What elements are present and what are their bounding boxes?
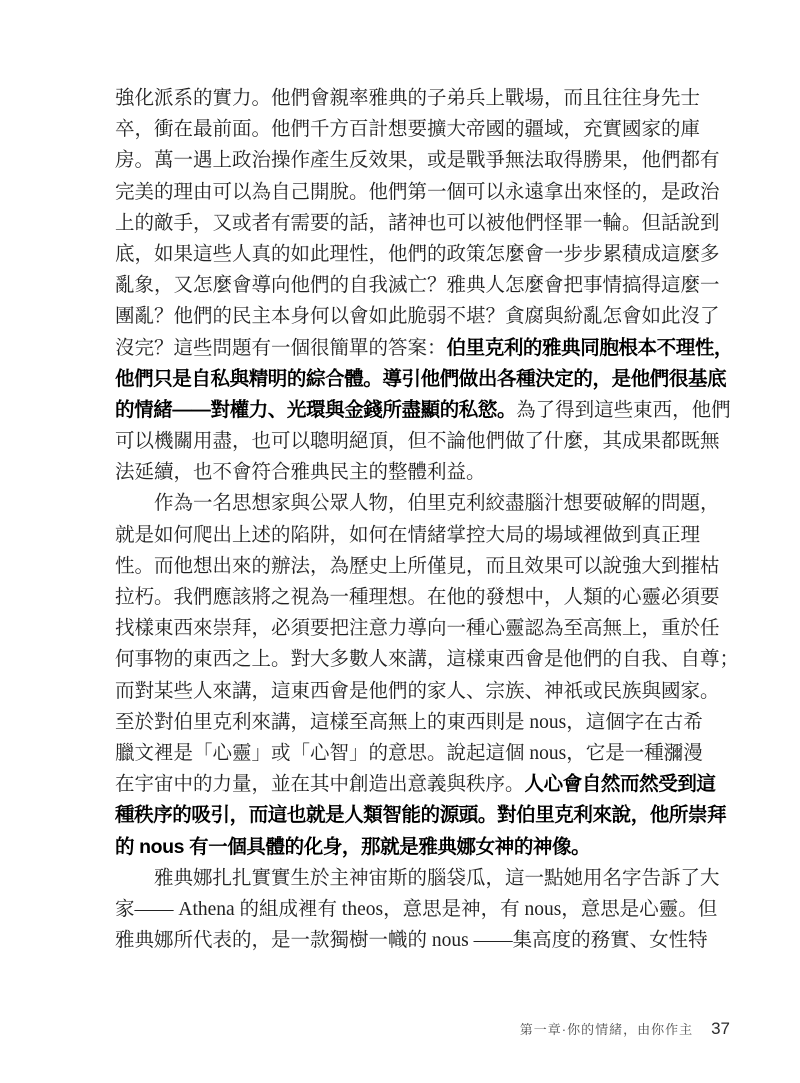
body-text-run: 找樣東西來崇拜，必須要把注意力導向一種心靈認為至高無上，重於任 xyxy=(115,618,720,639)
body-text-run: 房。萬一遇上政治操作產生反效果，或是戰爭無法取得勝果，他們都有 xyxy=(115,150,720,171)
text-line: 家—— Athena 的組成裡有 theos，意思是神，有 nous，意思是心靈… xyxy=(115,894,705,925)
body-text-run: 在宇宙中的力量，並在其中創造出意義與秩序。 xyxy=(115,774,525,795)
page-number: 37 xyxy=(711,1019,730,1039)
body-text-run: 卒，衝在最前面。他們千方百計想要擴大帝國的疆域，充實國家的庫 xyxy=(115,119,700,140)
page-footer: 第一章·你的情緒，由你作主 37 xyxy=(520,1019,730,1039)
emphasis-text-run: 伯里克利的雅典同胞根本不理性， xyxy=(447,337,734,359)
text-line: 臘文裡是「心靈」或「心智」的意思。說起這個 nous，它是一種瀰漫 xyxy=(115,738,705,769)
text-block: 強化派系的實力。他們會親率雅典的子弟兵上戰場，而且往往身先士卒，衝在最前面。他們… xyxy=(115,83,705,956)
text-line: 拉朽。我們應該將之視為一種理想。在他的發想中，人類的心靈必須要 xyxy=(115,582,705,613)
emphasis-text-run: 他們只是自私與精明的綜合體。導引他們做出各種決定的，是他們很基底 xyxy=(115,368,726,390)
body-text-run: 至於對伯里克利來講，這樣至高無上的東西則是 nous，這個字在古希 xyxy=(115,712,703,733)
body-text-run: 何事物的東西之上。對大多數人來講，這樣東西會是他們的自我、自尊； xyxy=(115,649,739,670)
emphasis-text-run: 人心會自然而然受到這 xyxy=(525,773,716,795)
body-text-run: 可以機關用盡，也可以聰明絕頂，但不論他們做了什麼，其成果都既無 xyxy=(115,431,720,452)
text-line: 法延續，也不會符合雅典民主的整體利益。 xyxy=(115,457,705,488)
text-line: 房。萬一遇上政治操作產生反效果，或是戰爭無法取得勝果，他們都有 xyxy=(115,145,705,176)
body-text-run: 拉朽。我們應該將之視為一種理想。在他的發想中，人類的心靈必須要 xyxy=(115,587,720,608)
body-text-run: 雅典娜所代表的，是一款獨樹一幟的 nous ——集高度的務實、女性特 xyxy=(115,930,708,951)
text-line: 沒完？這些問題有一個很簡單的答案：伯里克利的雅典同胞根本不理性， xyxy=(115,333,705,364)
body-text-run: 底，如果這些人真的如此理性，他們的政策怎麼會一步步累積成這麼多 xyxy=(115,244,720,265)
body-text-run: 臘文裡是「心靈」或「心智」的意思。說起這個 nous，它是一種瀰漫 xyxy=(115,743,703,764)
text-line: 性。而他想出來的辦法，為歷史上所僅見，而且效果可以說強大到摧枯 xyxy=(115,551,705,582)
body-text-run: 家—— Athena 的組成裡有 theos，意思是神，有 nous，意思是心靈… xyxy=(115,899,717,920)
body-text-run: 亂象，又怎麼會導向他們的自我滅亡？雅典人怎麼會把事情搞得這麼一 xyxy=(115,275,720,296)
text-line: 卒，衝在最前面。他們千方百計想要擴大帝國的疆域，充實國家的庫 xyxy=(115,114,705,145)
body-text-run: 完美的理由可以為自己開脫。他們第一個可以永遠拿出來怪的，是政治 xyxy=(115,182,720,203)
text-line: 亂象，又怎麼會導向他們的自我滅亡？雅典人怎麼會把事情搞得這麼一 xyxy=(115,270,705,301)
text-line: 雅典娜扎扎實實生於主神宙斯的腦袋瓜，這一點她用名字告訴了大 xyxy=(115,863,705,894)
text-line: 至於對伯里克利來講，這樣至高無上的東西則是 nous，這個字在古希 xyxy=(115,707,705,738)
text-line: 強化派系的實力。他們會親率雅典的子弟兵上戰場，而且往往身先士 xyxy=(115,83,705,114)
text-line: 可以機關用盡，也可以聰明絕頂，但不論他們做了什麼，其成果都既無 xyxy=(115,426,705,457)
body-text-run: 性。而他想出來的辦法，為歷史上所僅見，而且效果可以說強大到摧枯 xyxy=(115,556,720,577)
text-line: 而對某些人來講，這東西會是他們的家人、宗族、神祇或民族與國家。 xyxy=(115,676,705,707)
emphasis-text-run: 的 nous 有一個具體的化身，那就是雅典娜女神的神像。 xyxy=(115,836,590,858)
body-text-run: 強化派系的實力。他們會親率雅典的子弟兵上戰場，而且往往身先士 xyxy=(115,88,700,109)
text-line: 雅典娜所代表的，是一款獨樹一幟的 nous ——集高度的務實、女性特 xyxy=(115,925,705,956)
body-text-run: 上的敵手，又或者有需要的話，諸神也可以被他們怪罪一輪。但話說到 xyxy=(115,213,720,234)
body-text-run: 就是如何爬出上述的陷阱，如何在情緒掌控大局的場域裡做到真正理 xyxy=(115,525,700,546)
emphasis-text-run: 種秩序的吸引，而這也就是人類智能的源頭。對伯里克利來說，他所崇拜 xyxy=(115,804,726,826)
emphasis-text-run: 的情緒——對權力、光環與金錢所盡顯的私慾。 xyxy=(115,399,516,421)
text-line: 找樣東西來崇拜，必須要把注意力導向一種心靈認為至高無上，重於任 xyxy=(115,613,705,644)
text-line: 的 nous 有一個具體的化身，那就是雅典娜女神的神像。 xyxy=(115,832,705,863)
text-line: 底，如果這些人真的如此理性，他們的政策怎麼會一步步累積成這麼多 xyxy=(115,239,705,270)
body-text-run: 沒完？這些問題有一個很簡單的答案： xyxy=(115,338,447,359)
text-line: 他們只是自私與精明的綜合體。導引他們做出各種決定的，是他們很基底 xyxy=(115,364,705,395)
body-text-run: 為了得到這些東西，他們 xyxy=(516,400,731,421)
running-footer-chapter-title: 第一章·你的情緒，由你作主 xyxy=(520,1019,693,1038)
text-line: 作為一名思想家與公眾人物，伯里克利絞盡腦汁想要破解的問題， xyxy=(115,488,705,519)
text-line: 完美的理由可以為自己開脫。他們第一個可以永遠拿出來怪的，是政治 xyxy=(115,177,705,208)
text-line: 種秩序的吸引，而這也就是人類智能的源頭。對伯里克利來說，他所崇拜 xyxy=(115,800,705,831)
body-text-run: 作為一名思想家與公眾人物，伯里克利絞盡腦汁想要破解的問題， xyxy=(154,493,720,514)
text-line: 上的敵手，又或者有需要的話，諸神也可以被他們怪罪一輪。但話說到 xyxy=(115,208,705,239)
text-line: 就是如何爬出上述的陷阱，如何在情緒掌控大局的場域裡做到真正理 xyxy=(115,520,705,551)
body-text-run: 法延續，也不會符合雅典民主的整體利益。 xyxy=(115,462,486,483)
text-line: 何事物的東西之上。對大多數人來講，這樣東西會是他們的自我、自尊； xyxy=(115,644,705,675)
body-text-run: 而對某些人來講，這東西會是他們的家人、宗族、神祇或民族與國家。 xyxy=(115,681,720,702)
body-text-run: 雅典娜扎扎實實生於主神宙斯的腦袋瓜，這一點她用名字告訴了大 xyxy=(154,868,720,889)
book-page: 強化派系的實力。他們會親率雅典的子弟兵上戰場，而且往往身先士卒，衝在最前面。他們… xyxy=(0,0,800,1083)
text-line: 團亂？他們的民主本身何以會如此脆弱不堪？貪腐與紛亂怎會如此沒了 xyxy=(115,301,705,332)
body-text-run: 團亂？他們的民主本身何以會如此脆弱不堪？貪腐與紛亂怎會如此沒了 xyxy=(115,306,720,327)
text-line: 的情緒——對權力、光環與金錢所盡顯的私慾。為了得到這些東西，他們 xyxy=(115,395,705,426)
text-line: 在宇宙中的力量，並在其中創造出意義與秩序。人心會自然而然受到這 xyxy=(115,769,705,800)
